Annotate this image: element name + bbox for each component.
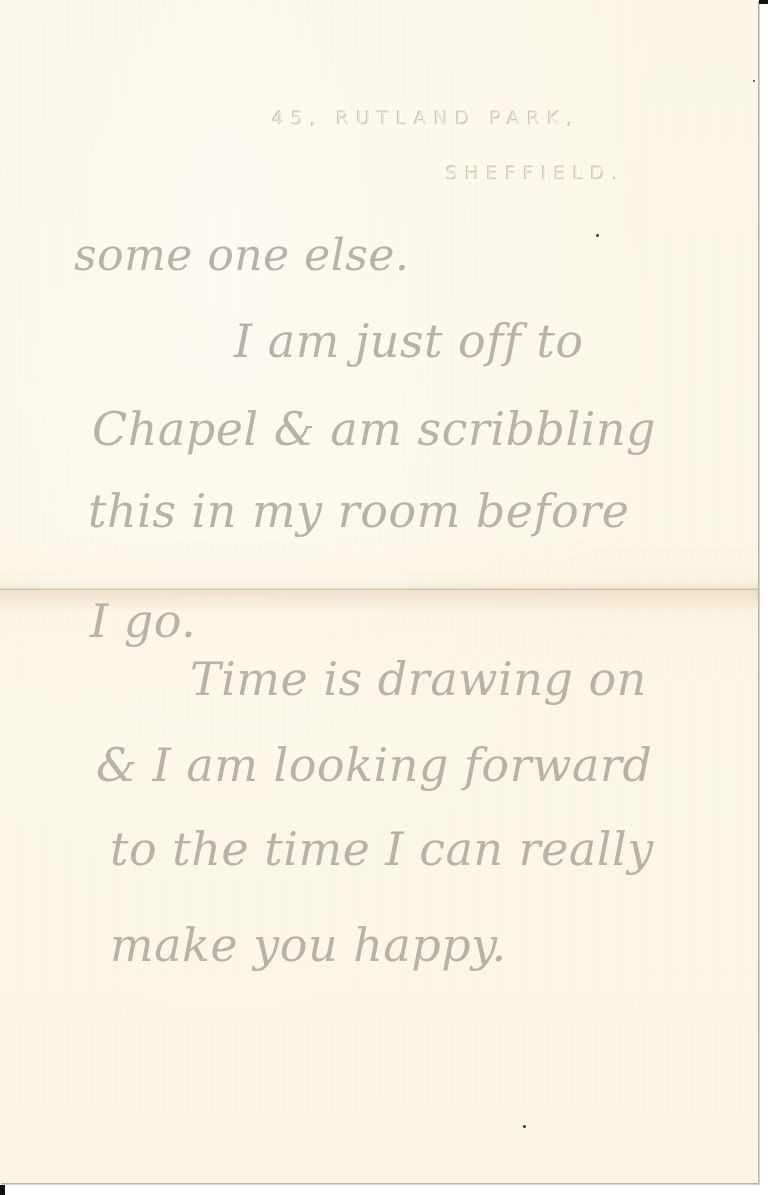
letter-page: 45, RUTLAND PARK, SHEFFIELD. some one el… — [0, 0, 758, 1183]
letterhead-address-line1: 45, RUTLAND PARK, — [272, 108, 580, 130]
handwritten-line-4: this in my room before — [88, 488, 629, 534]
paper-speck — [753, 80, 755, 82]
handwritten-line-5: I go. — [90, 598, 196, 644]
paper-speck — [596, 234, 599, 237]
handwritten-line-8: to the time I can really — [110, 826, 654, 872]
handwritten-line-1: some one else. — [74, 234, 409, 278]
letterhead-address-line2: SHEFFIELD. — [446, 163, 625, 185]
paper-speck — [523, 1125, 526, 1128]
scan-edge-mark — [0, 1185, 5, 1195]
handwritten-line-9: make you happy. — [110, 922, 507, 968]
scan-edge-mark — [759, 0, 768, 4]
handwritten-line-2: I am just off to — [234, 318, 584, 364]
handwritten-line-6: Time is drawing on — [190, 656, 647, 702]
handwritten-line-7: & I am looking forward — [96, 742, 652, 788]
handwritten-line-3: Chapel & am scribbling — [92, 406, 656, 452]
